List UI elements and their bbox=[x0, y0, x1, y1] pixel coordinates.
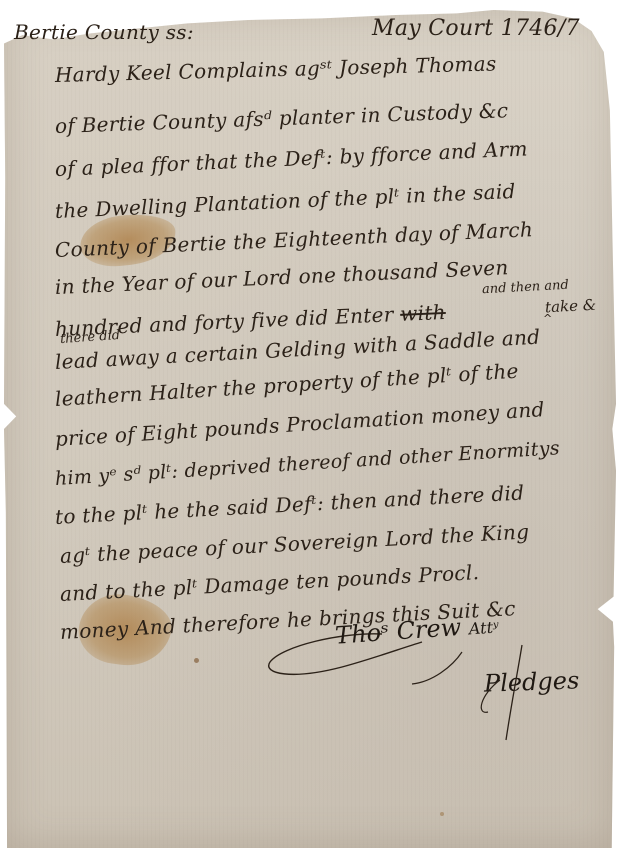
ink-speck bbox=[440, 812, 444, 816]
insertion-caret: ^ bbox=[543, 312, 552, 325]
signature-pledges: Pledges bbox=[484, 666, 580, 697]
struck-word: with bbox=[400, 300, 447, 326]
heading-court-date: May Court 1746/7 bbox=[372, 16, 580, 41]
insertion-take: take & bbox=[545, 296, 597, 317]
heading-county: Bertie County ss: bbox=[14, 20, 194, 44]
signature-title: Attʸ bbox=[468, 617, 499, 638]
ink-speck bbox=[194, 658, 199, 663]
